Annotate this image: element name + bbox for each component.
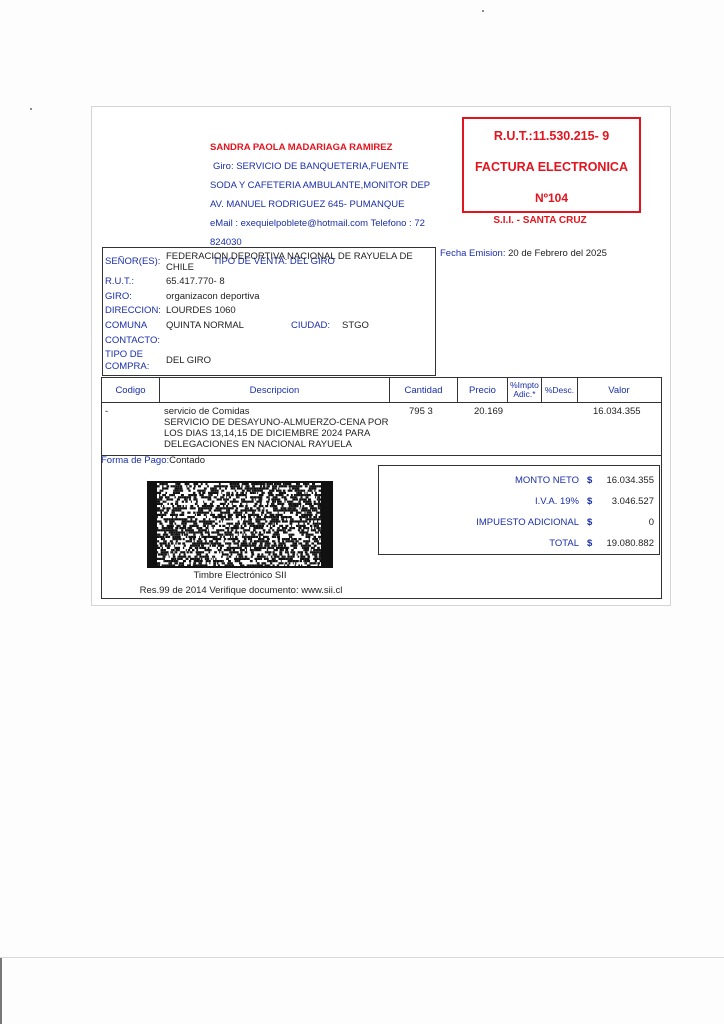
payment-value: Contado: [169, 455, 205, 466]
rut-value: 65.417.770- 8: [166, 276, 225, 287]
col-impto-line-2: Adic.*: [513, 390, 535, 399]
tipo-compra-value: DEL GIRO: [166, 355, 211, 366]
row-descripcion: servicio de Comidas SERVICIO DE DESAYUNO…: [164, 406, 389, 450]
col-desc: %Desc.: [542, 378, 578, 402]
row-descripcion-line: LOS DIAS 13,14,15 DE DICIEMBRE 2024 PARA: [164, 428, 389, 439]
issue-date-value: 20 de Febrero del 2025: [508, 248, 607, 259]
direccion-label: DIRECCION:: [105, 305, 161, 316]
row-cantidad: 795 3: [409, 406, 433, 417]
tipo-compra-label-1: TIPO DE: [105, 349, 143, 360]
issue-date: Fecha Emision: 20 de Febrero del 2025: [440, 248, 607, 259]
comuna-label: COMUNA: [105, 320, 147, 331]
senor-value-line-2: CHILE: [166, 262, 194, 273]
neto-value: 16.034.355: [606, 475, 654, 486]
document-type: FACTURA ELECTRONICA: [464, 160, 639, 174]
col-valor: Valor: [578, 378, 660, 402]
col-cantidad: Cantidad: [390, 378, 458, 402]
detail-header: Codigo Descripcion Cantidad Precio %Impt…: [102, 378, 661, 403]
ciudad-label: CIUDAD:: [291, 320, 330, 331]
emitter-contact-line-1: eMail : exequielpoblete@hotmail.com Tele…: [210, 214, 450, 233]
adicional-label: IMPUESTO ADICIONAL: [476, 517, 579, 528]
row-descripcion-line: SERVICIO DE DESAYUNO-ALMUERZO-CENA POR: [164, 417, 389, 428]
scan-speck: [482, 10, 484, 12]
giro-label: GIRO:: [105, 291, 132, 302]
col-descripcion: Descripcion: [160, 378, 390, 402]
detail-table: Codigo Descripcion Cantidad Precio %Impt…: [101, 377, 662, 456]
receptor-box: SEÑOR(ES): FEDERACION DEPORTIVA NACIONAL…: [102, 247, 436, 376]
total-label: TOTAL: [549, 538, 579, 549]
document-id-box: R.U.T.:11.530.215- 9 FACTURA ELECTRONICA…: [462, 117, 641, 213]
currency-symbol: $: [587, 475, 592, 486]
currency-symbol: $: [587, 496, 592, 507]
col-impto-adic: %Impto Adic.*: [508, 378, 542, 402]
emitter-name: SANDRA PAOLA MADARIAGA RAMIREZ: [210, 138, 450, 157]
ciudad-value: STGO: [342, 320, 369, 331]
issue-date-label: Fecha Emision:: [440, 248, 505, 259]
payment-method: Forma de Pago:Contado: [101, 455, 205, 466]
payment-label: Forma de Pago:: [101, 455, 169, 466]
row-descripcion-line: servicio de Comidas: [164, 406, 389, 417]
direccion-value: LOURDES 1060: [166, 305, 236, 316]
contacto-label: CONTACTO:: [105, 335, 160, 346]
senor-label: SEÑOR(ES):: [105, 256, 160, 267]
tipo-compra-label-2: COMPRA:: [105, 361, 149, 372]
emitter-address: AV. MANUEL RODRIGUEZ 645- PUMANQUE: [210, 195, 450, 214]
currency-symbol: $: [587, 538, 592, 549]
pdf417-barcode-icon: [147, 481, 333, 568]
comuna-value: QUINTA NORMAL: [166, 320, 244, 331]
iva-label: I.V.A. 19%: [535, 496, 579, 507]
stamp-resolution: Res.99 de 2014 Verifique documento: www.…: [101, 585, 381, 596]
giro-value: organizacon deportiva: [166, 291, 259, 302]
senor-value-line-1: FEDERACION DEPORTIVA NACIONAL DE RAYUELA…: [166, 251, 413, 262]
neto-label: MONTO NETO: [515, 475, 579, 486]
row-codigo: -: [105, 406, 108, 417]
document-folio: Nº104: [464, 191, 639, 205]
total-row-neto: MONTO NETO $ 16.034.355: [379, 475, 659, 489]
total-row-iva: I.V.A. 19% $ 3.046.527: [379, 496, 659, 510]
total-row-total: TOTAL $ 19.080.882: [379, 538, 659, 552]
scan-speck: [30, 108, 32, 110]
rut-label: R.U.T.:: [105, 276, 134, 287]
col-codigo: Codigo: [102, 378, 160, 402]
row-valor: 16.034.355: [593, 406, 641, 417]
scan-edge-line: [0, 957, 724, 958]
row-precio: 20.169: [474, 406, 503, 417]
totals-box: MONTO NETO $ 16.034.355 I.V.A. 19% $ 3.0…: [378, 465, 660, 555]
iva-value: 3.046.527: [612, 496, 654, 507]
scan-edge-shadow: [0, 958, 2, 1024]
issuer-rut: R.U.T.:11.530.215- 9: [464, 129, 639, 143]
total-row-adicional: IMPUESTO ADICIONAL $ 0: [379, 517, 659, 531]
emitter-giro-line-2: SODA Y CAFETERIA AMBULANTE,MONITOR DEP: [210, 176, 450, 195]
currency-symbol: $: [587, 517, 592, 528]
row-descripcion-line: DELEGACIONES EN NACIONAL RAYUELA: [164, 439, 389, 450]
adicional-value: 0: [649, 517, 654, 528]
sii-office: S.I.I. - SANTA CRUZ: [440, 215, 640, 226]
stamp-caption: Timbre Electrónico SII: [147, 570, 333, 581]
col-precio: Precio: [458, 378, 508, 402]
total-value: 19.080.882: [606, 538, 654, 549]
emitter-giro-line-1: Giro: SERVICIO DE BANQUETERIA,FUENTE: [210, 157, 450, 176]
